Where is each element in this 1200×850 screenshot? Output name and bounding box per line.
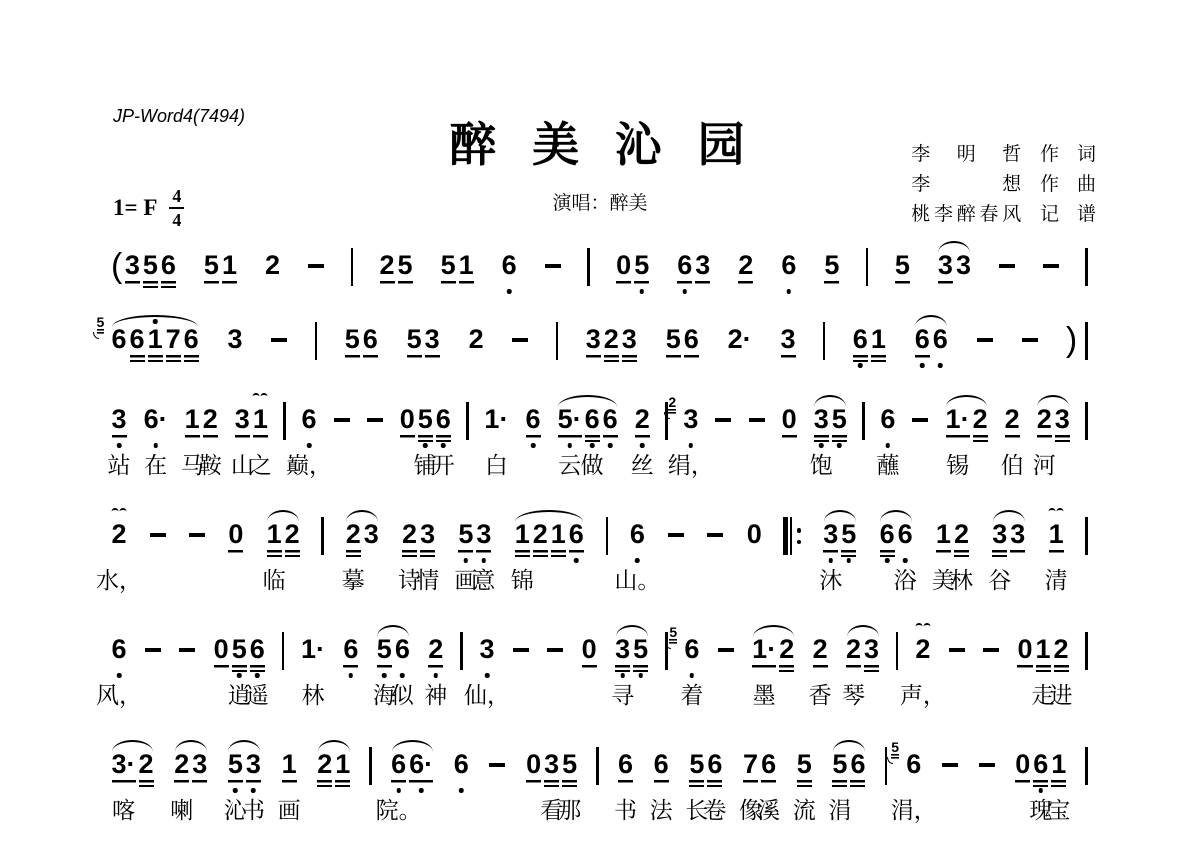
barline bbox=[460, 632, 463, 670]
note: 1画 bbox=[282, 751, 297, 787]
note: 1 bbox=[335, 751, 350, 787]
beam-group bbox=[143, 636, 162, 657]
octave-dot-below bbox=[620, 673, 625, 678]
dash-note bbox=[999, 252, 1015, 273]
dash-mark bbox=[512, 338, 528, 342]
barline bbox=[466, 402, 469, 440]
bar-chunk bbox=[1085, 521, 1088, 555]
octave-dot-below bbox=[787, 289, 792, 294]
lyric-syllable: 神 bbox=[424, 684, 447, 707]
lyric-syllable: 画 bbox=[278, 799, 301, 822]
barline bbox=[1085, 322, 1088, 360]
beam-group: 1美2林 bbox=[934, 521, 970, 557]
note: 5 bbox=[841, 521, 856, 557]
note-digit: 2 bbox=[604, 326, 619, 362]
note-digit: 0 bbox=[526, 751, 541, 787]
note-digit: 2 bbox=[973, 406, 988, 442]
beam-group bbox=[947, 636, 966, 657]
time-signature: 4 4 bbox=[169, 186, 184, 229]
barline bbox=[606, 517, 609, 555]
key-signature: 1= F bbox=[113, 195, 157, 221]
note-digit: 6 bbox=[436, 406, 451, 442]
note: 5海 bbox=[377, 636, 392, 672]
note: 3 bbox=[192, 751, 207, 787]
grace-note: 5 bbox=[891, 740, 899, 759]
beam-group bbox=[975, 326, 994, 347]
note-digit: 3 bbox=[192, 751, 207, 787]
note: 3 bbox=[938, 252, 953, 288]
bar-chunk bbox=[866, 252, 869, 286]
dash-mark bbox=[367, 418, 383, 422]
beam-group bbox=[997, 252, 1016, 273]
note: 5 bbox=[666, 326, 681, 362]
beam-group bbox=[940, 751, 959, 772]
note: 1清 bbox=[1049, 521, 1064, 557]
note-digit: 0 bbox=[747, 521, 762, 557]
octave-dot-below bbox=[485, 673, 490, 678]
beam-group: 5长6卷 bbox=[688, 751, 724, 787]
octave-dot-below bbox=[233, 788, 238, 793]
lyric-syllable: 伯 bbox=[1001, 454, 1024, 477]
note-digit: 3 bbox=[992, 521, 1007, 557]
note-digit: 2 bbox=[265, 252, 280, 288]
note: 3饱 bbox=[814, 406, 829, 442]
lyric-syllable: 丝 bbox=[631, 454, 654, 477]
barline bbox=[283, 402, 286, 440]
octave-dot-below bbox=[920, 363, 925, 368]
note: 5 bbox=[633, 636, 648, 672]
lyric-syllable: 做 bbox=[581, 454, 604, 477]
beam-group bbox=[1020, 326, 1039, 347]
note: 6风， bbox=[112, 636, 127, 672]
note: 3 bbox=[125, 252, 140, 288]
beam-group: 2诗3情 bbox=[401, 521, 437, 557]
slur-group: 6院。6· bbox=[390, 751, 435, 787]
note: 3站 bbox=[112, 406, 127, 442]
lyric-syllable: 沐 bbox=[819, 569, 842, 592]
dash-note bbox=[547, 636, 563, 657]
note-digit: 6 bbox=[677, 252, 692, 288]
rest-note: 0 bbox=[400, 406, 415, 442]
note: 1 bbox=[148, 326, 163, 362]
barline bbox=[369, 747, 372, 785]
note-digit: 6 bbox=[933, 326, 948, 362]
beam-group bbox=[714, 406, 733, 427]
bar-chunk bbox=[283, 406, 286, 440]
note: 2 bbox=[285, 521, 300, 557]
beam-group: 6·在 bbox=[142, 406, 169, 442]
lyric-syllable: 情 bbox=[416, 569, 439, 592]
grace-note: 5 bbox=[97, 315, 105, 334]
beam-group bbox=[911, 406, 930, 427]
note: 2 bbox=[139, 751, 154, 787]
note-digit: 6 bbox=[684, 636, 699, 672]
note-digit: 5 bbox=[204, 252, 219, 288]
note-digit: 0 bbox=[228, 521, 243, 557]
beam-group: 6 bbox=[452, 751, 470, 787]
bar-chunk bbox=[596, 751, 599, 785]
lyric-syllable: 摹 bbox=[342, 569, 365, 592]
note-digit: 3 bbox=[480, 636, 495, 672]
bar-chunk bbox=[862, 406, 865, 440]
beam-group: (356 bbox=[110, 252, 177, 288]
beam-group: 3山1之 bbox=[233, 406, 269, 442]
note: 2 bbox=[469, 326, 484, 362]
note-digit: 6 bbox=[684, 326, 699, 362]
lyric-syllable: 鞍 bbox=[199, 454, 222, 477]
octave-dot-below bbox=[847, 558, 852, 563]
note-digit: 6 bbox=[603, 406, 618, 442]
rest-note: 0 bbox=[582, 636, 597, 672]
note: 1·林 bbox=[301, 636, 325, 672]
note: 3 bbox=[622, 326, 637, 362]
lyric-syllable: 溪 bbox=[757, 799, 780, 822]
note: 3 bbox=[781, 326, 796, 362]
note: 6 bbox=[526, 406, 541, 442]
bar-chunk bbox=[556, 326, 559, 360]
beam-group bbox=[716, 636, 735, 657]
note-digit: 3 bbox=[425, 326, 440, 362]
note-digit: 2 bbox=[174, 751, 189, 787]
lyric-syllable: 云 bbox=[558, 454, 581, 477]
barline bbox=[1085, 632, 1088, 670]
note: 2林 bbox=[954, 521, 969, 557]
note-digit: 2 bbox=[402, 521, 417, 557]
note: 2诗 bbox=[402, 521, 417, 557]
note-digit: 6 bbox=[130, 326, 145, 362]
dash-note bbox=[942, 751, 958, 772]
note: 3山 bbox=[235, 406, 250, 442]
dash-note bbox=[912, 406, 928, 427]
beam-group bbox=[747, 406, 766, 427]
note-digit: 5 bbox=[832, 751, 847, 787]
octave-dot-below bbox=[1039, 788, 1044, 793]
note-digit: 0 bbox=[582, 636, 597, 672]
dash-note bbox=[179, 636, 195, 657]
bar-chunk bbox=[587, 252, 590, 286]
key-and-meter: 1= F 4 4 bbox=[113, 186, 184, 229]
slur-group: 1锦216 bbox=[513, 521, 585, 557]
note-digit: 3 bbox=[228, 326, 243, 362]
note-digit: 6 bbox=[850, 751, 865, 787]
lyric-syllable: 寻 bbox=[611, 684, 634, 707]
beam-group: 5 bbox=[893, 252, 911, 288]
dash-note bbox=[513, 636, 529, 657]
barline bbox=[665, 632, 668, 670]
barline bbox=[862, 402, 865, 440]
beam-group bbox=[511, 326, 530, 347]
beam-group: 56涓， bbox=[905, 751, 923, 787]
slur-group: 1·墨2 bbox=[751, 636, 796, 672]
note: 5铺 bbox=[418, 406, 433, 442]
note: 6·在 bbox=[144, 406, 168, 442]
note: 2 bbox=[738, 252, 753, 288]
octave-dot-below bbox=[819, 443, 824, 448]
lyric-syllable: 涓 bbox=[828, 799, 851, 822]
note-digit: 0 bbox=[782, 406, 797, 442]
beam-group: 5流 bbox=[795, 751, 813, 787]
beam-group: 6书 bbox=[616, 751, 634, 787]
lyric-syllable: 绢， bbox=[668, 454, 714, 477]
note-digit: 5 bbox=[377, 636, 392, 672]
note: 5 bbox=[824, 252, 839, 288]
note: 3 bbox=[695, 252, 710, 288]
octave-dot-below bbox=[531, 443, 536, 448]
note: 1美 bbox=[936, 521, 951, 557]
note-digit: 1 bbox=[222, 252, 237, 288]
dash-note bbox=[1043, 252, 1059, 273]
slur-group: 66 bbox=[913, 326, 949, 362]
beam-group bbox=[667, 521, 686, 542]
slur-group: 33 bbox=[936, 252, 972, 288]
dash-note bbox=[715, 406, 731, 427]
note: 2伯 bbox=[1005, 406, 1020, 442]
note: 2 bbox=[265, 252, 280, 288]
note-digit: 5 bbox=[797, 751, 812, 787]
note: 5 bbox=[832, 406, 847, 442]
note-digit: 6 bbox=[112, 636, 127, 672]
beam-group: 0 bbox=[745, 521, 763, 557]
lyric-syllable: 临 bbox=[263, 569, 286, 592]
lyric-syllable: 琴 bbox=[842, 684, 865, 707]
note: 56 bbox=[112, 326, 127, 362]
score-line-6: 3·喀22喇35沁3书1画216院。6·603看5那6书6法5长6卷7像6溪5流… bbox=[110, 751, 1088, 846]
beam-group: 6巅， bbox=[300, 406, 318, 442]
octave-dot-below bbox=[858, 363, 863, 368]
dash-mark bbox=[942, 763, 958, 767]
note: 5 bbox=[634, 252, 649, 288]
beam-group: 0 bbox=[780, 406, 798, 442]
note: 3沐 bbox=[823, 521, 838, 557]
octave-dot-below bbox=[307, 443, 312, 448]
note-digit: 1· bbox=[301, 636, 325, 672]
beam-group: 25 bbox=[378, 252, 414, 288]
barline bbox=[596, 747, 599, 785]
beam-group: 5画3意 bbox=[457, 521, 493, 557]
grace-note: 5 bbox=[669, 625, 677, 644]
dash-note bbox=[983, 636, 999, 657]
note-digit: 5 bbox=[345, 326, 360, 362]
slur-group: 3谷3 bbox=[991, 521, 1027, 557]
note-digit: 2 bbox=[779, 636, 794, 672]
note: 6 bbox=[915, 326, 930, 362]
note-digit: 2 bbox=[533, 521, 548, 557]
octave-dot-below bbox=[689, 443, 694, 448]
note-digit: 5 bbox=[634, 252, 649, 288]
lyric-syllable: 林 bbox=[302, 684, 325, 707]
dash-mark bbox=[1043, 264, 1059, 268]
octave-dot-below bbox=[251, 788, 256, 793]
note: 6 bbox=[569, 521, 584, 557]
dash-mark bbox=[489, 763, 505, 767]
note-digit: 6 bbox=[569, 521, 584, 557]
note: 2摹 bbox=[346, 521, 361, 557]
dash-mark bbox=[308, 264, 324, 268]
octave-dot-below bbox=[885, 558, 890, 563]
note-digit: 7 bbox=[166, 326, 181, 362]
note-digit: 1 bbox=[871, 326, 886, 362]
note: 3 bbox=[956, 252, 971, 288]
beam-group: 56 bbox=[343, 326, 379, 362]
note: 7像 bbox=[743, 751, 758, 787]
note-digit: 2 bbox=[112, 521, 127, 557]
barline bbox=[556, 322, 559, 360]
time-signature-denominator: 4 bbox=[172, 209, 181, 229]
note: 7 bbox=[166, 326, 181, 362]
dash-mark bbox=[513, 648, 529, 652]
note-digit: 6 bbox=[526, 406, 541, 442]
dash-note bbox=[150, 521, 166, 542]
lyric-syllable: 院。 bbox=[376, 799, 422, 822]
rest-note: 0 bbox=[782, 406, 797, 442]
mordent-ornament-icon bbox=[112, 508, 127, 515]
lyric-syllable: 谷 bbox=[988, 569, 1011, 592]
beam-group: 23绢， bbox=[682, 406, 700, 442]
note: 1马 bbox=[185, 406, 200, 442]
note-digit: 2 bbox=[954, 521, 969, 557]
note: 6 bbox=[184, 326, 199, 362]
dash-note bbox=[189, 521, 205, 542]
note: 6 bbox=[130, 326, 145, 362]
note: 6 bbox=[880, 521, 895, 557]
note: 2丝 bbox=[635, 406, 650, 442]
note: 2· bbox=[728, 326, 752, 362]
note: 3 bbox=[425, 326, 440, 362]
slur-group: 5涓6 bbox=[831, 751, 867, 787]
note-digit: 3 bbox=[544, 751, 559, 787]
note: 6 bbox=[363, 326, 378, 362]
barline bbox=[1085, 402, 1088, 440]
beam-group: 05逍6遥 bbox=[212, 636, 266, 672]
note-digit: 1 bbox=[267, 521, 282, 557]
lyric-syllable: 蘸 bbox=[876, 454, 899, 477]
note: 2香 bbox=[813, 636, 828, 672]
bar-chunk bbox=[282, 636, 285, 670]
note-digit: 6 bbox=[915, 326, 930, 362]
rest-note: 0 bbox=[1015, 751, 1030, 787]
dash-mark bbox=[715, 418, 731, 422]
slur-group: 3沐5 bbox=[822, 521, 858, 557]
beam-group: 0 bbox=[227, 521, 245, 557]
note-digit: 0 bbox=[400, 406, 415, 442]
note-digit: 2 bbox=[469, 326, 484, 362]
note-digit: 2 bbox=[738, 252, 753, 288]
beam-group: 2· bbox=[726, 326, 753, 362]
note: 3·喀 bbox=[112, 751, 136, 787]
slur-group: 2摹3 bbox=[344, 521, 380, 557]
dash-note bbox=[512, 326, 528, 347]
beam-group: 2声， bbox=[914, 636, 932, 672]
dash-note bbox=[367, 406, 383, 427]
note-digit: 6 bbox=[112, 326, 127, 362]
note-digit: 6· bbox=[409, 751, 433, 787]
bar-chunk bbox=[460, 636, 463, 670]
lyric-syllable: 书 bbox=[614, 799, 637, 822]
note: 6 bbox=[343, 636, 358, 672]
beam-group: 3 bbox=[779, 326, 797, 362]
note: 5逍 bbox=[232, 636, 247, 672]
note-digit: 3 bbox=[420, 521, 435, 557]
dash-note bbox=[749, 406, 765, 427]
note-digit: 5 bbox=[232, 636, 247, 672]
barline bbox=[823, 322, 826, 360]
beam-group: 2伯 bbox=[1003, 406, 1021, 442]
note: 3 bbox=[228, 326, 243, 362]
octave-dot-below bbox=[459, 788, 464, 793]
octave-dot-below bbox=[382, 673, 387, 678]
lyric-syllable: 遥 bbox=[246, 684, 269, 707]
dash-mark bbox=[334, 418, 350, 422]
lyricist-role: 作词 bbox=[1040, 140, 1096, 170]
note-digit: 5 bbox=[143, 252, 158, 288]
note-digit: 5 bbox=[689, 751, 704, 787]
note-digit: 2· bbox=[728, 326, 752, 362]
beam-group: 6 bbox=[342, 636, 360, 672]
note-digit: 6 bbox=[1033, 751, 1048, 787]
note: 5 bbox=[407, 326, 422, 362]
dash-note bbox=[334, 406, 350, 427]
rest-note: 0 bbox=[747, 521, 762, 557]
note-digit: 3 bbox=[1055, 406, 1070, 442]
note: 3 bbox=[364, 521, 379, 557]
note-digit: 3 bbox=[864, 636, 879, 672]
note: 6 bbox=[933, 326, 948, 362]
octave-dot-below bbox=[567, 443, 572, 448]
note: 6书 bbox=[618, 751, 633, 787]
note-digit: 1 bbox=[282, 751, 297, 787]
beam-group: 323 bbox=[584, 326, 638, 362]
note: 6 bbox=[454, 751, 469, 787]
octave-dot-below bbox=[903, 558, 908, 563]
note-digit: 1 bbox=[515, 521, 530, 557]
note: 3 bbox=[586, 326, 601, 362]
note: 5沁 bbox=[228, 751, 243, 787]
note-digit: 5 bbox=[633, 636, 648, 672]
note-digit: 1 bbox=[185, 406, 200, 442]
beam-group: 6蘸 bbox=[879, 406, 897, 442]
bar-chunk bbox=[896, 636, 899, 670]
dash-mark bbox=[983, 648, 999, 652]
note-digit: 3 bbox=[956, 252, 971, 288]
dash-mark bbox=[707, 533, 723, 537]
lyric-syllable: 喇 bbox=[170, 799, 193, 822]
note-digit: 6 bbox=[761, 751, 776, 787]
lyric-syllable: 山。 bbox=[614, 569, 660, 592]
composer-name: 李想 bbox=[911, 170, 1021, 200]
dash-note bbox=[271, 326, 287, 347]
note-digit: 3 bbox=[235, 406, 250, 442]
dash-mark bbox=[145, 648, 161, 652]
note: 2水， bbox=[112, 521, 127, 557]
beam-group bbox=[982, 636, 1001, 657]
beam-group: 7像6溪 bbox=[742, 751, 778, 787]
note: 5涓 bbox=[832, 751, 847, 787]
note-digit: 6 bbox=[781, 252, 796, 288]
note-digit: 5 bbox=[666, 326, 681, 362]
note: 6巅， bbox=[301, 406, 316, 442]
octave-dot-below bbox=[349, 673, 354, 678]
note-digit: 6 bbox=[502, 252, 517, 288]
note-digit: 3 bbox=[622, 326, 637, 362]
lyric-syllable: 饱 bbox=[810, 454, 833, 477]
dash-note bbox=[949, 636, 965, 657]
note-digit: 2 bbox=[915, 636, 930, 672]
note-digit: 1 bbox=[1049, 521, 1064, 557]
barline bbox=[1085, 747, 1088, 785]
slur-group: 3寻5 bbox=[614, 636, 650, 672]
barline bbox=[315, 322, 318, 360]
dash-note bbox=[979, 751, 995, 772]
